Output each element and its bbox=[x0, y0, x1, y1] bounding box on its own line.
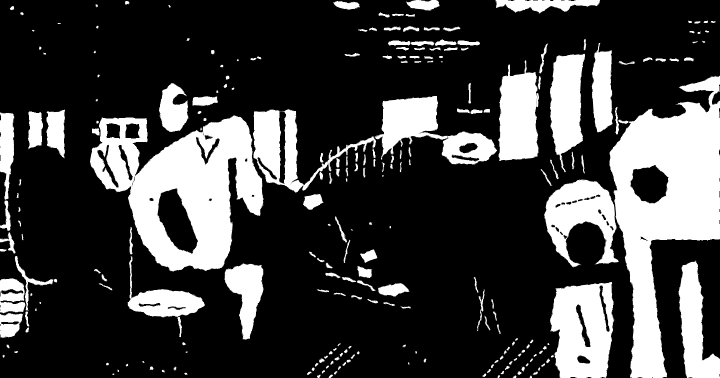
window-far-left bbox=[0, 112, 14, 174]
window-mullion bbox=[280, 111, 285, 184]
scene bbox=[0, 0, 720, 378]
threshold-photo-canvas bbox=[0, 0, 720, 378]
right-cow-eye-patch bbox=[566, 222, 606, 266]
box-slot-right bbox=[126, 124, 139, 138]
panel-left bbox=[499, 72, 538, 161]
box-slot-left bbox=[107, 124, 120, 138]
